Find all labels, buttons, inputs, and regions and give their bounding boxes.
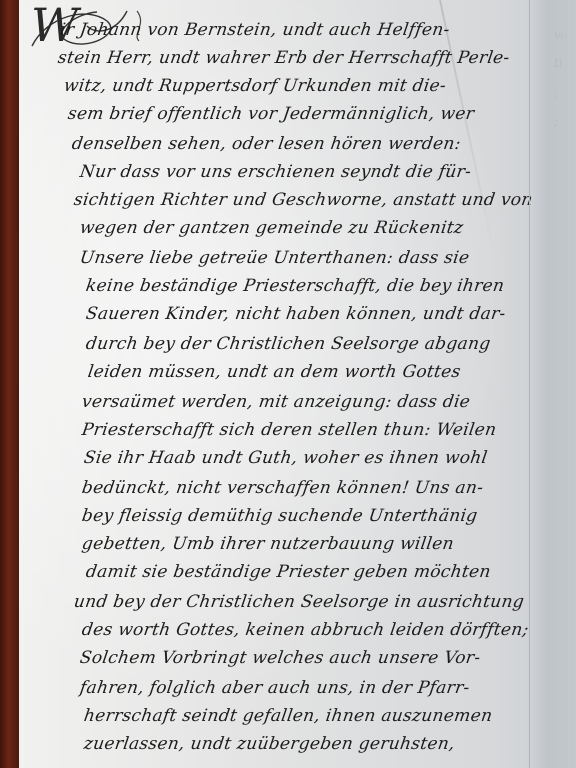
manuscript-line: gebetten, Umb ihrer nutzerbauung willen (81, 534, 456, 554)
manuscript-page: W ir Johann von Bernstein, undt auch Hel… (19, 0, 576, 768)
manuscript-line: versaümet werden, mit anzeigung: dass di… (81, 392, 472, 412)
margin-mark: ti (554, 56, 563, 70)
manuscript-line: stein Herr, undt wahrer Erb der Herrscha… (57, 48, 511, 68)
manuscript-line: Saueren Kinder, nicht haben können, undt… (85, 304, 507, 324)
manuscript-line: Sie ihr Haab undt Guth, woher es ihnen w… (83, 448, 489, 468)
manuscript-line: witz, undt Ruppertsdorf Urkunden mit die… (63, 76, 448, 96)
manuscript-line: bedünckt, nicht verschaffen können! Uns … (81, 478, 485, 498)
manuscript-line: Priesterschafft sich deren stellen thun:… (81, 420, 498, 440)
margin-mark: : (554, 86, 558, 100)
margin-mark: ; (554, 114, 558, 128)
manuscript-line: Solchem Vorbringt welches auch unsere Vo… (79, 648, 482, 668)
manuscript-line: keine beständige Priesterschafft, die be… (85, 276, 506, 296)
manuscript-line: denselben sehen, oder lesen hören werden… (71, 134, 462, 154)
manuscript-line: zuerlassen, undt zuübergeben geruhsten, (83, 734, 457, 754)
manuscript-line: des worth Gottes, keinen abbruch leiden … (81, 620, 530, 640)
manuscript-line: Nur dass vor uns erschienen seyndt die f… (79, 162, 473, 182)
wood-background-strip (0, 0, 19, 768)
manuscript-line: herrschaft seindt gefallen, ihnen auszun… (83, 706, 494, 726)
manuscript-line: wegen der gantzen gemeinde zu Rückenitz (79, 218, 465, 238)
manuscript-line: bey fleissig demüthig suchende Unterthän… (81, 506, 479, 526)
manuscript-line: ir Johann von Bernstein, undt auch Helff… (59, 20, 451, 40)
manuscript-line: Unsere liebe getreüe Unterthanen: dass s… (79, 248, 471, 268)
manuscript-line: sem brief offentlich vor Jedermänniglich… (67, 104, 476, 124)
manuscript-line: damit sie beständige Priester geben möch… (85, 562, 493, 582)
margin-mark: vo (554, 28, 568, 42)
manuscript-line: und bey der Christlichen Seelsorge in au… (73, 592, 526, 612)
manuscript-line: durch bey der Christlichen Seelsorge abg… (85, 334, 492, 354)
manuscript-line: fahren, folglich aber auch uns, in der P… (79, 678, 471, 698)
manuscript-line: leiden müssen, undt an dem worth Gottes (87, 362, 462, 382)
manuscript-line: sichtigen Richter und Geschworne, anstat… (73, 190, 534, 210)
